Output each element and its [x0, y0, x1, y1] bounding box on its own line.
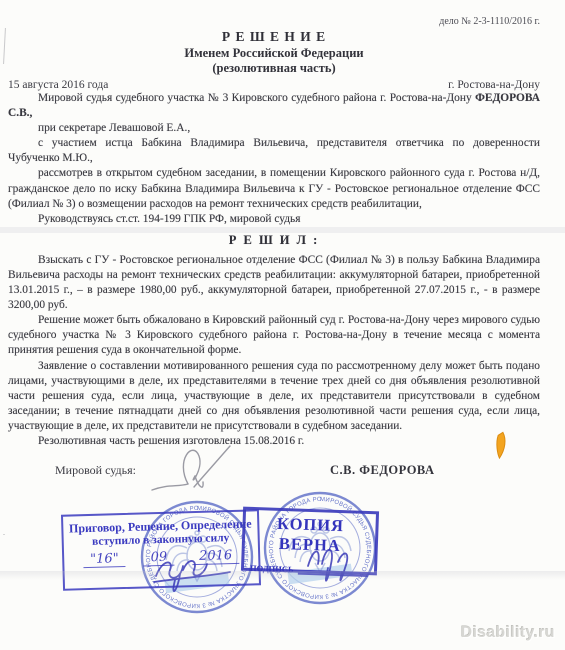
case-number: дело № 2-3-1110/2016 г. [8, 16, 540, 27]
paragraph-operative-date: Резолютивная часть решения изготовлена 1… [8, 434, 540, 449]
copy-stamp-signature-label: подпись [250, 563, 294, 575]
decision-city: г. Ростова-на-Дону [448, 79, 540, 91]
decision-date: 15 августа 2016 года [8, 79, 108, 91]
paragraph-appeal: Решение может быть обжаловано в Кировски… [8, 313, 540, 358]
paragraph-award: Взыскать с ГУ - Ростовское региональное … [8, 253, 540, 313]
watermark: Disability.ru [461, 624, 555, 642]
document-subtitle: Именем Российской Федерации [8, 46, 540, 61]
date-city-row: 15 августа 2016 года г. Ростова-на-Дону [8, 79, 540, 91]
document-title: Р Е Ш Е Н И Е [8, 29, 540, 45]
paragraph-judge: Мировой судья судебного участка № 3 Киро… [8, 91, 540, 121]
scan-dot-mark: . [3, 528, 8, 533]
paragraph-case-description: рассмотрев в открытом судебном заседании… [8, 166, 540, 211]
stamp-signature-left [150, 552, 240, 604]
signature-role-label: Мировой судья: [55, 463, 136, 478]
paragraph-parties: с участием истца Бабкина Владимира Вилье… [8, 136, 540, 166]
signature-judge-name: С.В. ФЕДОРОВА [330, 463, 435, 478]
document-subtitle-2: (резолютивная часть) [8, 61, 540, 76]
document-body: дело № 2-3-1110/2016 г. Р Е Ш Е Н И Е Им… [0, 0, 565, 449]
stamp-date-day: "16" [83, 551, 126, 568]
decision-text: Мировой судья судебного участка № 3 Киро… [8, 91, 540, 449]
paragraph-judge-text: Мировой судья судебного участка № 3 Киро… [38, 92, 475, 104]
paragraph-legal-basis: Руководствуясь ст.ст. 194-199 ГПК РФ, ми… [8, 212, 540, 227]
paragraph-secretary: при секретаре Левашовой Е.А., [8, 121, 540, 136]
orange-flag-icon [490, 430, 510, 462]
scanned-court-decision-page: дело № 2-3-1110/2016 г. Р Е Ш Е Н И Е Им… [0, 0, 565, 650]
resolution-heading: Р Е Ш И Л : [8, 233, 540, 248]
stamp-signature-right [300, 538, 370, 596]
judge-handwritten-signature [148, 434, 268, 496]
paragraph-motivated-decision: Заявление о составлении мотивированного … [8, 359, 540, 434]
